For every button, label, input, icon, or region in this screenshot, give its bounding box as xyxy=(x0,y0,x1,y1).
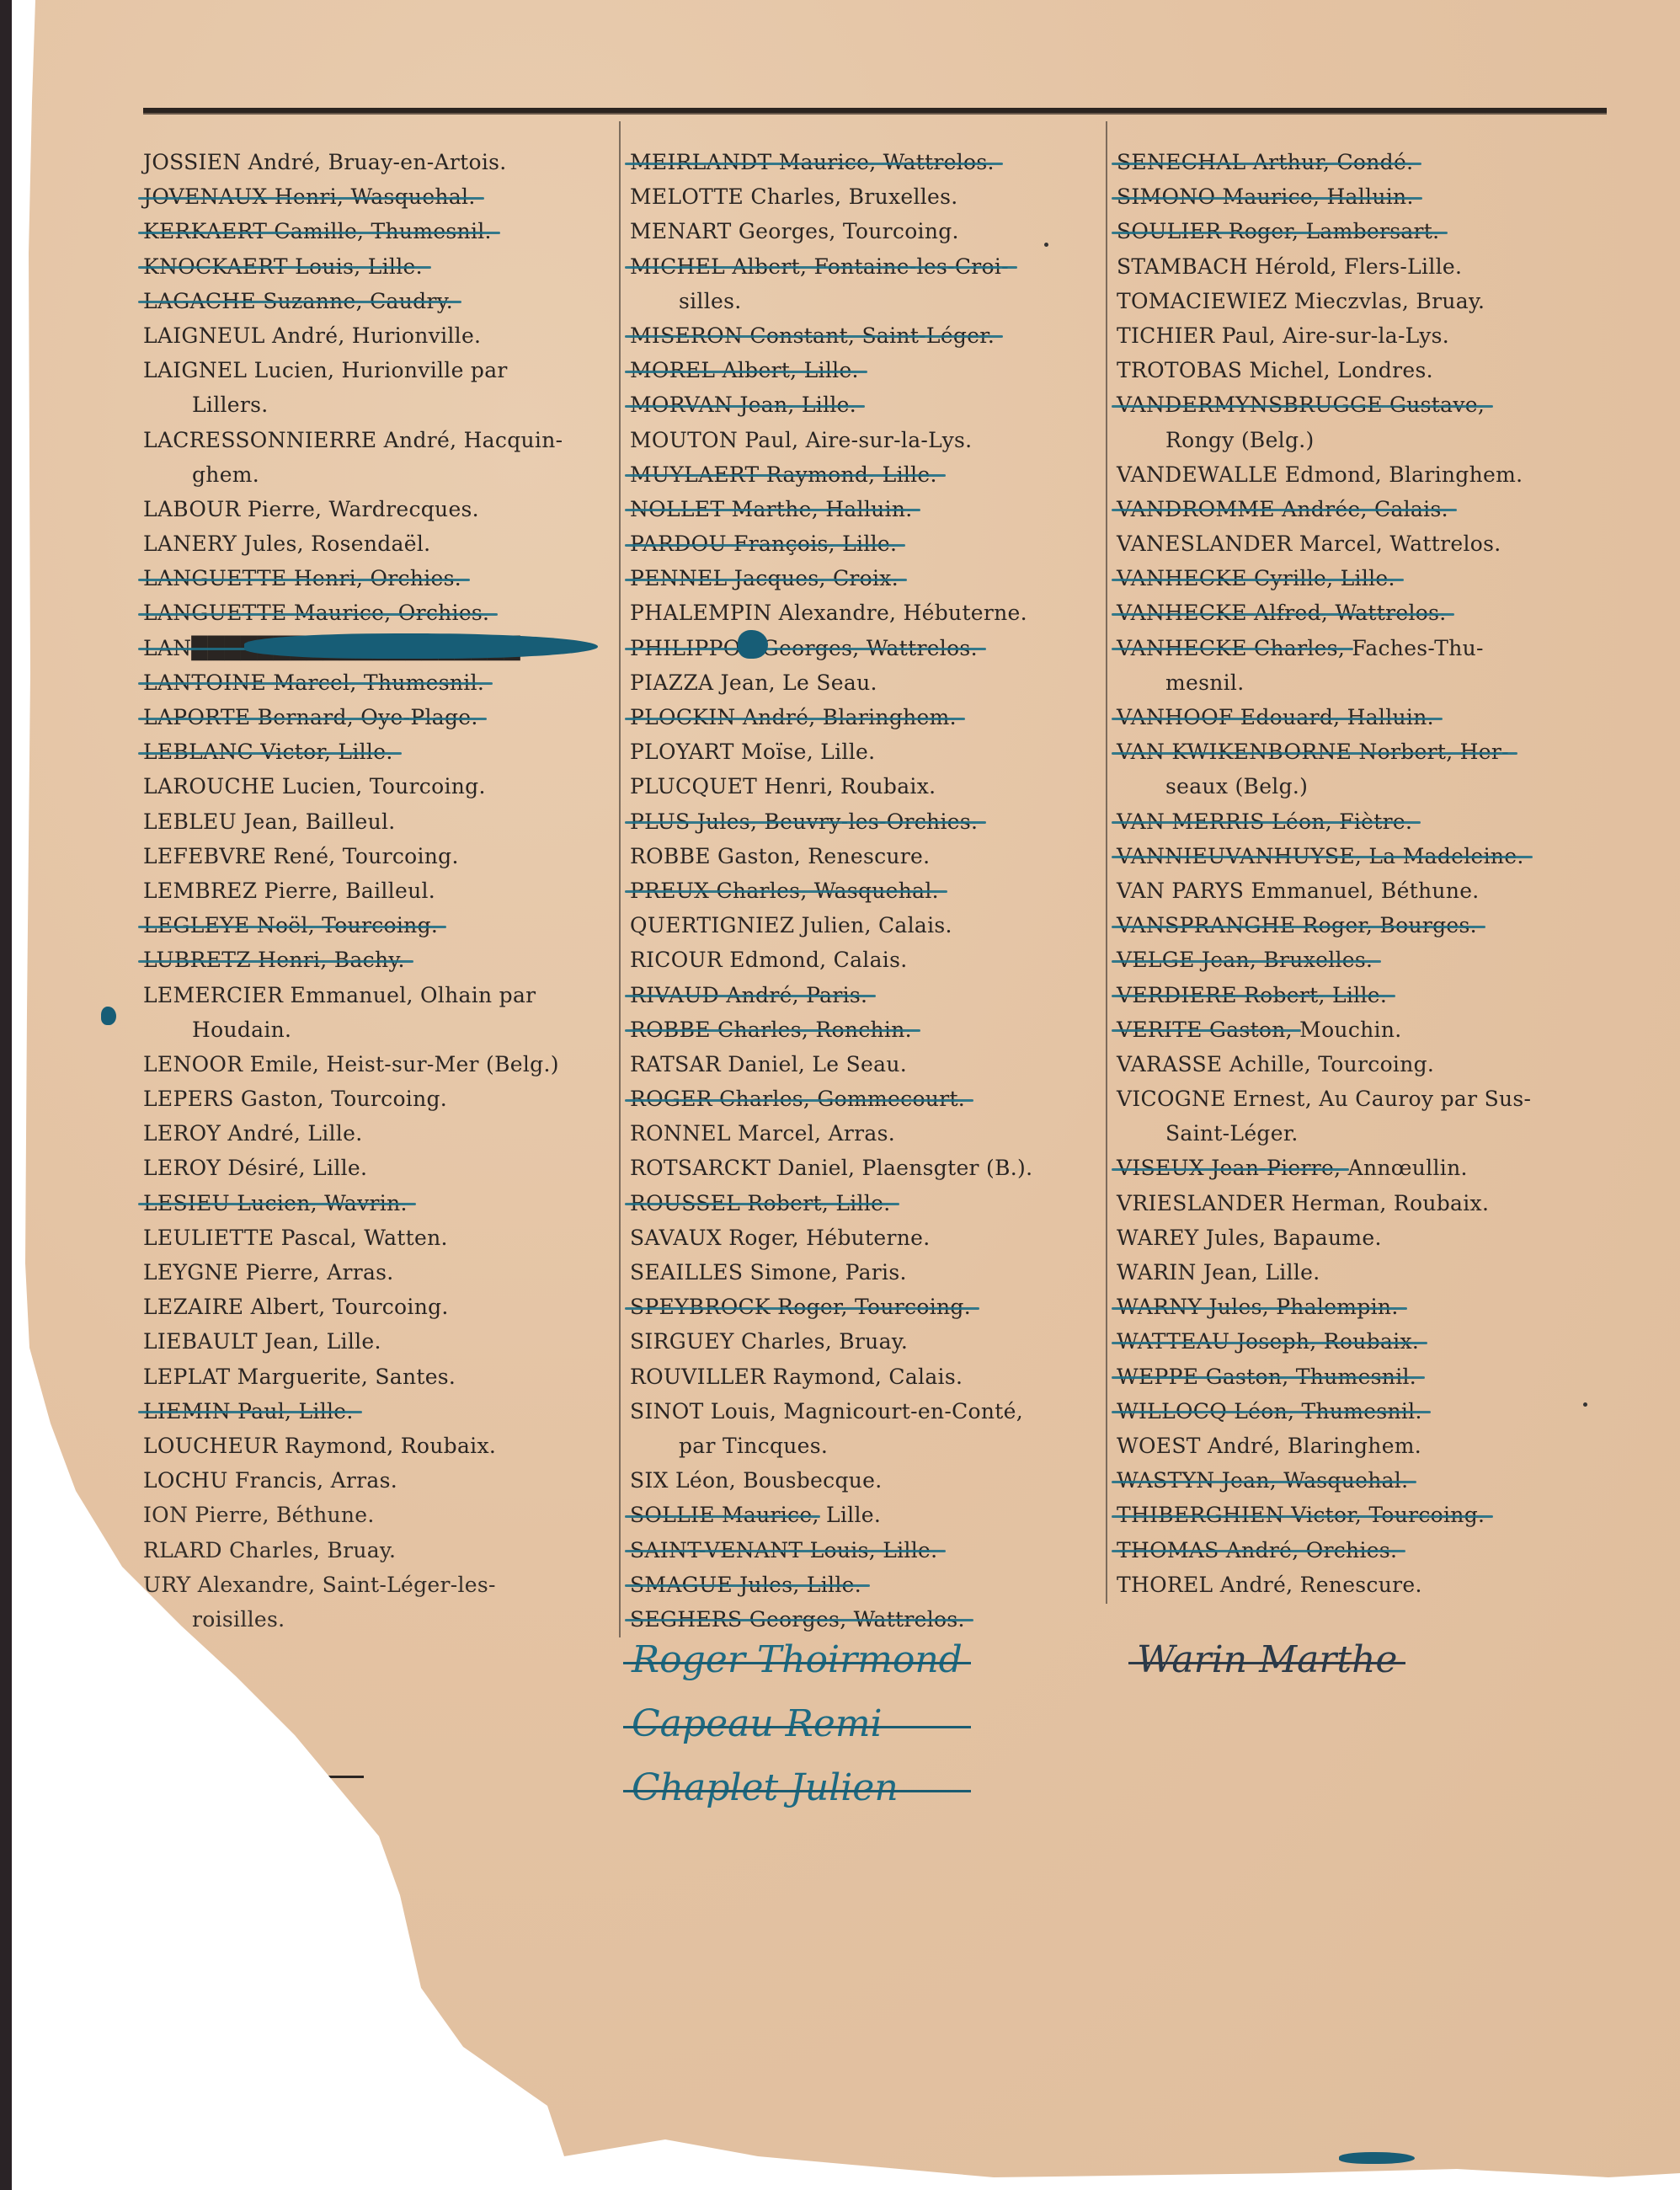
list-item: PLUS Jules, Beuvry-les-Orchies. xyxy=(630,804,1101,839)
entry-remainder: Faches-Thu- xyxy=(1345,636,1484,660)
struck-name: VANNIEUVANHUYSE, La Madeleine. xyxy=(1117,844,1524,868)
entry-text: Lillers. xyxy=(192,393,269,417)
list-item: RLARD Charles, Bruay. xyxy=(143,1533,615,1568)
entry-text: RICOUR Edmond, Calais. xyxy=(630,948,907,972)
list-item: MISERON Constant, Saint-Léger. xyxy=(630,318,1101,353)
list-item: LEYGNE Pierre, Arras. xyxy=(143,1255,615,1290)
entry-text: ION Pierre, Béthune. xyxy=(143,1503,375,1527)
list-item: URY Alexandre, Saint-Léger-les- xyxy=(143,1568,615,1602)
struck-name: PENNEL Jacques, Croix. xyxy=(630,566,899,590)
struck-name: WARNY Jules, Phalempin. xyxy=(1117,1295,1399,1319)
entry-text: TOMACIEWIEZ Mieczvlas, Bruay. xyxy=(1117,289,1485,313)
struck-name: KERKAERT Camille, Thumesnil. xyxy=(143,219,492,243)
speck xyxy=(1044,243,1048,247)
list-item: VISEUX Jean-Pierre, Annœullin. xyxy=(1117,1151,1639,1185)
list-item: VERDIERE Robert, Lille. xyxy=(1117,978,1639,1012)
entry-text: VANDEWALLE Edmond, Blaringhem. xyxy=(1117,462,1523,487)
struck-name: RIVAUD André, Paris. xyxy=(630,983,867,1007)
entry-text: MELOTTE Charles, Bruxelles. xyxy=(630,184,958,209)
list-item: VANHECKE Cyrille, Lille. xyxy=(1117,561,1639,596)
entry-text: LEMERCIER Emmanuel, Olhain par xyxy=(143,983,536,1007)
list-item: LOCHU Francis, Arras. xyxy=(143,1463,615,1498)
entry-text: TICHIER Paul, Aire-sur-la-Lys. xyxy=(1117,323,1449,348)
list-item: SAVAUX Roger, Hébuterne. xyxy=(630,1221,1101,1255)
stray-mark xyxy=(303,1776,364,1778)
entry-text: PLUCQUET Henri, Roubaix. xyxy=(630,774,936,799)
list-item: LAIGNEL Lucien, Hurionville par xyxy=(143,353,615,387)
list-item: VANDERMYNSBRUGGE Gustave, xyxy=(1117,387,1639,422)
struck-name: PREUX Charles, Wasquehal. xyxy=(630,879,939,903)
struck-name: LESIEU Lucien, Wavrin. xyxy=(143,1191,408,1215)
list-item: SOULIER Roger, Lambersart. xyxy=(1117,214,1639,248)
entry-text: THOREL André, Renescure. xyxy=(1117,1573,1422,1597)
entry-text: LEYGNE Pierre, Arras. xyxy=(143,1260,394,1285)
entry-text: WAREY Jules, Bapaume. xyxy=(1117,1226,1382,1250)
struck-name: ROGER Charles, Gommecourt. xyxy=(630,1087,965,1111)
list-item: LABOUR Pierre, Wardrecques. xyxy=(143,492,615,526)
list-item: RICOUR Edmond, Calais. xyxy=(630,943,1101,977)
struck-name: SOLLIE Maurice xyxy=(630,1503,812,1527)
entry-text: SIX Léon, Bousbecque. xyxy=(630,1468,883,1493)
struck-name: MUYLAERT Raymond, Lille. xyxy=(630,462,937,487)
list-item: RATSAR Daniel, Le Seau. xyxy=(630,1047,1101,1082)
list-item: ROTSARCKT Daniel, Plaensgter (B.). xyxy=(630,1151,1101,1185)
struck-name: LANGUETTE Henri, Orchies. xyxy=(143,566,461,590)
names-column-3: SENECHAL Arthur, Condé.SIMONO Maurice, H… xyxy=(1117,145,1639,1602)
struck-name: LAPORTE Bernard, Oye-Plage. xyxy=(143,705,478,729)
list-item: SOLLIE Maurice, Lille. xyxy=(630,1498,1101,1532)
struck-name: SOULIER Roger, Lambersart. xyxy=(1117,219,1439,243)
list-item: LEZAIRE Albert, Tourcoing. xyxy=(143,1290,615,1324)
list-item: PREUX Charles, Wasquehal. xyxy=(630,873,1101,908)
entry-text: seaux (Belg.) xyxy=(1165,774,1308,799)
list-item-continuation: seaux (Belg.) xyxy=(1117,769,1639,804)
entry-text: VARASSE Achille, Tourcoing. xyxy=(1117,1052,1434,1076)
struck-name: WASTYN Jean, Wasquehal. xyxy=(1117,1468,1408,1493)
entry-text: Saint-Léger. xyxy=(1165,1121,1299,1146)
struck-name: SAINT-VENANT Louis, Lille. xyxy=(630,1538,937,1562)
entry-text: RONNEL Marcel, Arras. xyxy=(630,1121,895,1146)
entry-text: LEROY Désiré, Lille. xyxy=(143,1156,367,1180)
list-item: KERKAERT Camille, Thumesnil. xyxy=(143,214,615,248)
struck-name: VAN KWIKENBORNE Norbert, Her- xyxy=(1117,740,1509,764)
list-item: LEROY André, Lille. xyxy=(143,1116,615,1151)
column-divider-1 xyxy=(619,121,621,1637)
list-item-continuation: par Tincques. xyxy=(630,1429,1101,1463)
struck-name: VANHOOF Edouard, Halluin. xyxy=(1117,705,1434,729)
document-page: JOSSIEN André, Bruay-en-Artois.JOVENAUX … xyxy=(25,0,1680,2190)
list-item: LAIGNEUL André, Hurionville. xyxy=(143,318,615,353)
list-item: TOMACIEWIEZ Mieczvlas, Bruay. xyxy=(1117,284,1639,318)
list-item: LANTOINE Marcel, Thumesnil. xyxy=(143,665,615,700)
list-item: ROUSSEL Robert, Lille. xyxy=(630,1186,1101,1221)
entry-text: Houdain. xyxy=(192,1018,291,1042)
struck-name: LEBLANC Victor, Lille. xyxy=(143,740,393,764)
struck-name: VERITE Gaston, xyxy=(1117,1018,1293,1042)
struck-name: VANHECKE Cyrille, Lille. xyxy=(1117,566,1395,590)
list-item: WARNY Jules, Phalempin. xyxy=(1117,1290,1639,1324)
entry-text: TROTOBAS Michel, Londres. xyxy=(1117,358,1433,382)
list-item: LAPORTE Bernard, Oye-Plage. xyxy=(143,700,615,734)
list-item: WATTEAU Joseph, Roubaix. xyxy=(1117,1324,1639,1359)
list-item: ROBBE Charles, Ronchin. xyxy=(630,1012,1101,1047)
struck-name: MISERON Constant, Saint-Léger. xyxy=(630,323,995,348)
struck-name: VANDROMME Andrée, Calais. xyxy=(1117,497,1448,521)
list-item: VAN MERRIS Léon, Fiètre. xyxy=(1117,804,1639,839)
entry-text: Rongy (Belg.) xyxy=(1165,428,1315,452)
list-item: VARASSE Achille, Tourcoing. xyxy=(1117,1047,1639,1082)
list-item: SEGHERS Georges, Wattrelos. xyxy=(630,1602,1101,1637)
handwritten-notes-column-2: Roger Thoirmond Capeau Remi Chaplet Juli… xyxy=(632,1638,963,1830)
struck-name: VANHECKE Alfred, Wattrelos. xyxy=(1117,601,1446,625)
list-item: LEROY Désiré, Lille. xyxy=(143,1151,615,1185)
list-item: SIX Léon, Bousbecque. xyxy=(630,1463,1101,1498)
entry-text: STAMBACH Hérold, Flers-Lille. xyxy=(1117,254,1462,279)
names-column-1: JOSSIEN André, Bruay-en-Artois.JOVENAUX … xyxy=(143,145,615,1637)
entry-text: SAVAUX Roger, Hébuterne. xyxy=(630,1226,930,1250)
entry-text: PHALEMPIN Alexandre, Hébuterne. xyxy=(630,601,1027,625)
list-item: LIEMIN Paul, Lille. xyxy=(143,1394,615,1429)
list-item: ROUVILLER Raymond, Calais. xyxy=(630,1359,1101,1394)
list-item: MUYLAERT Raymond, Lille. xyxy=(630,457,1101,492)
list-item: LEFEBVRE René, Tourcoing. xyxy=(143,839,615,873)
entry-text: PIAZZA Jean, Le Seau. xyxy=(630,670,877,695)
list-item: VANSPRANGHE Roger, Bourges. xyxy=(1117,908,1639,943)
list-item: PLUCQUET Henri, Roubaix. xyxy=(630,769,1101,804)
list-item-continuation: ghem. xyxy=(143,457,615,492)
list-item: PARDOU François, Lille. xyxy=(630,526,1101,561)
struck-name: VANDERMYNSBRUGGE Gustave, xyxy=(1117,393,1485,417)
struck-name: WILLOCQ Léon, Thumesnil. xyxy=(1117,1399,1422,1423)
struck-name: THOMAS André, Orchies. xyxy=(1117,1538,1397,1562)
list-item: ROGER Charles, Gommecourt. xyxy=(630,1082,1101,1116)
entry-text: LEBLEU Jean, Bailleul. xyxy=(143,809,396,834)
entry-text: SIRGUEY Charles, Bruay. xyxy=(630,1329,908,1354)
list-item: RONNEL Marcel, Arras. xyxy=(630,1116,1101,1151)
list-item: WARIN Jean, Lille. xyxy=(1117,1255,1639,1290)
list-item: SAINT-VENANT Louis, Lille. xyxy=(630,1533,1101,1568)
entry-text: LAROUCHE Lucien, Tourcoing. xyxy=(143,774,486,799)
list-item-continuation: Saint-Léger. xyxy=(1117,1116,1639,1151)
list-item-continuation: roisilles. xyxy=(143,1602,615,1637)
entry-text: silles. xyxy=(679,289,742,313)
list-item: PLOYART Moïse, Lille. xyxy=(630,734,1101,769)
list-item: LANGUETTE Maurice, Orchies. xyxy=(143,596,615,630)
list-item: SIRGUEY Charles, Bruay. xyxy=(630,1324,1101,1359)
list-item: THOMAS André, Orchies. xyxy=(1117,1533,1639,1568)
list-item: JOSSIEN André, Bruay-en-Artois. xyxy=(143,145,615,179)
entry-text: mesnil. xyxy=(1165,670,1244,695)
struck-name: SMAGUE Jules, Lille. xyxy=(630,1573,861,1597)
struck-name: LIEMIN Paul, Lille. xyxy=(143,1399,354,1423)
entry-text: SEAILLES Simone, Paris. xyxy=(630,1260,907,1285)
entry-text: ROUVILLER Raymond, Calais. xyxy=(630,1365,963,1389)
list-item-continuation: Rongy (Belg.) xyxy=(1117,423,1639,457)
list-item: LIEBAULT Jean, Lille. xyxy=(143,1324,615,1359)
entry-text: LANERY Jules, Rosendaël. xyxy=(143,531,430,556)
struck-name: LAGACHE Suzanne, Caudry. xyxy=(143,289,453,313)
struck-name: MICHEL Albert, Fontaine-les-Croi- xyxy=(630,254,1009,279)
scan-border xyxy=(0,0,12,2190)
struck-name: LANTOINE Marcel, Thumesnil. xyxy=(143,670,484,695)
list-item: STAMBACH Hérold, Flers-Lille. xyxy=(1117,249,1639,284)
struck-name: MORVAN Jean, Lille. xyxy=(630,393,856,417)
entry-text: LABOUR Pierre, Wardrecques. xyxy=(143,497,479,521)
entry-text: LEMBREZ Pierre, Bailleul. xyxy=(143,879,435,903)
list-item: VRIESLANDER Herman, Roubaix. xyxy=(1117,1186,1639,1221)
entry-text: WOEST André, Blaringhem. xyxy=(1117,1434,1421,1458)
list-item: JOVENAUX Henri, Wasquehal. xyxy=(143,179,615,214)
struck-name: LANGUETTE Maurice, Orchies. xyxy=(143,601,489,625)
list-item: MOREL Albert, Lille. xyxy=(630,353,1101,387)
entry-text: ghem. xyxy=(192,462,259,487)
list-item-continuation: silles. xyxy=(630,284,1101,318)
struck-name: VELGE Jean, Bruxelles. xyxy=(1117,948,1373,972)
struck-name: PLOCKIN André, Blaringhem. xyxy=(630,705,957,729)
names-column-2: MEIRLANDT Maurice, Wattrelos.MELOTTE Cha… xyxy=(630,145,1101,1637)
speck xyxy=(1583,1402,1587,1407)
list-item: VANNIEUVANHUYSE, La Madeleine. xyxy=(1117,839,1639,873)
ink-mark xyxy=(1339,2152,1415,2164)
list-item: LUBRETZ Henri, Bachy. xyxy=(143,943,615,977)
list-item: RIVAUD André, Paris. xyxy=(630,978,1101,1012)
list-item: MENART Georges, Tourcoing. xyxy=(630,214,1101,248)
list-item: KNOCKAERT Louis, Lille. xyxy=(143,249,615,284)
list-item: WASTYN Jean, Wasquehal. xyxy=(1117,1463,1639,1498)
ink-blot xyxy=(738,630,768,659)
struck-name: VAN MERRIS Léon, Fiètre. xyxy=(1117,809,1412,834)
entry-text: ROTSARCKT Daniel, Plaensgter (B.). xyxy=(630,1156,1032,1180)
list-item: SENECHAL Arthur, Condé. xyxy=(1117,145,1639,179)
entry-text: SINOT Louis, Magnicourt-en-Conté, xyxy=(630,1399,1023,1423)
list-item: LEPLAT Marguerite, Santes. xyxy=(143,1359,615,1394)
list-item: VANHECKE Alfred, Wattrelos. xyxy=(1117,596,1639,630)
ink-mark xyxy=(101,1007,116,1025)
entry-text: RLARD Charles, Bruay. xyxy=(143,1538,396,1562)
entry-text: LEZAIRE Albert, Tourcoing. xyxy=(143,1295,449,1319)
list-item: VELGE Jean, Bruxelles. xyxy=(1117,943,1639,977)
list-item: ION Pierre, Béthune. xyxy=(143,1498,615,1532)
list-item: NOLLET Marthe, Halluin. xyxy=(630,492,1101,526)
struck-name: WEPPE Gaston, Thumesnil. xyxy=(1117,1365,1416,1389)
entry-text: LIEBAULT Jean, Lille. xyxy=(143,1329,381,1354)
list-item: VANDROMME Andrée, Calais. xyxy=(1117,492,1639,526)
list-item-continuation: Lillers. xyxy=(143,387,615,422)
struck-name: VERDIERE Robert, Lille. xyxy=(1117,983,1387,1007)
list-item: LEBLEU Jean, Bailleul. xyxy=(143,804,615,839)
handwritten-note: Capeau Remi xyxy=(632,1702,963,1766)
struck-name: PARDOU François, Lille. xyxy=(630,531,897,556)
struck-name: MEIRLANDT Maurice, Wattrelos. xyxy=(630,150,995,174)
struck-name: ROBBE Charles, Ronchin. xyxy=(630,1018,912,1042)
list-item: VANDEWALLE Edmond, Blaringhem. xyxy=(1117,457,1639,492)
entry-text: PLOYART Moïse, Lille. xyxy=(630,740,875,764)
entry-text: WARIN Jean, Lille. xyxy=(1117,1260,1320,1285)
struck-name: SEGHERS Georges, Wattrelos. xyxy=(630,1607,965,1632)
list-item: LESIEU Lucien, Wavrin. xyxy=(143,1186,615,1221)
entry-text: par Tincques. xyxy=(679,1434,828,1458)
struck-name: VISEUX Jean-Pierre, xyxy=(1117,1156,1341,1180)
entry-text: RATSAR Daniel, Le Seau. xyxy=(630,1052,907,1076)
entry-text: LEPLAT Marguerite, Santes. xyxy=(143,1365,456,1389)
list-item: LEGLEYE Noël, Tourcoing. xyxy=(143,908,615,943)
entry-text: QUERTIGNIEZ Julien, Calais. xyxy=(630,913,952,937)
list-item: VANHECKE Charles, Faches-Thu- xyxy=(1117,631,1639,665)
list-item: WEPPE Gaston, Thumesnil. xyxy=(1117,1359,1639,1394)
list-item: LANGUETTE Henri, Orchies. xyxy=(143,561,615,596)
list-item: LEULIETTE Pascal, Watten. xyxy=(143,1221,615,1255)
struck-name: LEGLEYE Noël, Tourcoing. xyxy=(143,913,438,937)
list-item: MELOTTE Charles, Bruxelles. xyxy=(630,179,1101,214)
entry-text: MENART Georges, Tourcoing. xyxy=(630,219,959,243)
entry-text: VAN PARYS Emmanuel, Béthune. xyxy=(1117,879,1480,903)
struck-name: SPEYBROCK Roger, Tourcoing. xyxy=(630,1295,971,1319)
list-item: LACRESSONNIERRE André, Hacquin- xyxy=(143,423,615,457)
list-item: MORVAN Jean, Lille. xyxy=(630,387,1101,422)
struck-name: NOLLET Marthe, Halluin. xyxy=(630,497,912,521)
list-item: TICHIER Paul, Aire-sur-la-Lys. xyxy=(1117,318,1639,353)
struck-name: PHILIPPOT Georges, Wattrelos. xyxy=(630,636,978,660)
list-item: VAN PARYS Emmanuel, Béthune. xyxy=(1117,873,1639,908)
list-item: VERITE Gaston, Mouchin. xyxy=(1117,1012,1639,1047)
entry-text: LEROY André, Lille. xyxy=(143,1121,362,1146)
list-item: LEBLANC Victor, Lille. xyxy=(143,734,615,769)
list-item: PHALEMPIN Alexandre, Hébuterne. xyxy=(630,596,1101,630)
entry-text: VICOGNE Ernest, Au Cauroy par Sus- xyxy=(1117,1087,1531,1111)
entry-text: roisilles. xyxy=(192,1607,285,1632)
list-item: LANERY Jules, Rosendaël. xyxy=(143,526,615,561)
struck-name: VANHECKE Charles, xyxy=(1117,636,1345,660)
list-item: VAN KWIKENBORNE Norbert, Her- xyxy=(1117,734,1639,769)
top-rule xyxy=(143,108,1607,115)
list-item: LEMBREZ Pierre, Bailleul. xyxy=(143,873,615,908)
struck-name: VANSPRANGHE Roger, Bourges. xyxy=(1117,913,1477,937)
struck-name: KNOCKAERT Louis, Lille. xyxy=(143,254,423,279)
list-item: QUERTIGNIEZ Julien, Calais. xyxy=(630,908,1101,943)
entry-text: LACRESSONNIERRE André, Hacquin- xyxy=(143,428,563,452)
entry-text: LEFEBVRE René, Tourcoing. xyxy=(143,844,459,868)
list-item: ROBBE Gaston, Renescure. xyxy=(630,839,1101,873)
entry-text: LOCHU Francis, Arras. xyxy=(143,1468,397,1493)
column-divider-2 xyxy=(1106,121,1107,1604)
list-item: MOUTON Paul, Aire-sur-la-Lys. xyxy=(630,423,1101,457)
struck-name: JOVENAUX Henri, Wasquehal. xyxy=(143,184,476,209)
entry-text: LEULIETTE Pascal, Watten. xyxy=(143,1226,448,1250)
list-item: PIAZZA Jean, Le Seau. xyxy=(630,665,1101,700)
list-item: SIMONO Maurice, Halluin. xyxy=(1117,179,1639,214)
entry-remainder: Annœullin. xyxy=(1341,1156,1467,1180)
list-item: MICHEL Albert, Fontaine-les-Croi- xyxy=(630,249,1101,284)
struck-name: ROUSSEL Robert, Lille. xyxy=(630,1191,891,1215)
list-item-continuation: mesnil. xyxy=(1117,665,1639,700)
list-item: THIBERGHIEN Victor, Tourcoing. xyxy=(1117,1498,1639,1532)
list-item: VANESLANDER Marcel, Wattrelos. xyxy=(1117,526,1639,561)
entry-text: JOSSIEN André, Bruay-en-Artois. xyxy=(143,150,507,174)
entry-text: LEPERS Gaston, Tourcoing. xyxy=(143,1087,447,1111)
struck-name: MOREL Albert, Lille. xyxy=(630,358,859,382)
struck-name: PLUS Jules, Beuvry-les-Orchies. xyxy=(630,809,978,834)
entry-text: LAIGNEUL André, Hurionville. xyxy=(143,323,481,348)
list-item: LENOOR Emile, Heist-sur-Mer (Belg.) xyxy=(143,1047,615,1082)
struck-name: THIBERGHIEN Victor, Tourcoing. xyxy=(1117,1503,1485,1527)
list-item: SMAGUE Jules, Lille. xyxy=(630,1568,1101,1602)
list-item: VANHOOF Edouard, Halluin. xyxy=(1117,700,1639,734)
entry-text: ROBBE Gaston, Renescure. xyxy=(630,844,930,868)
list-item-continuation: Houdain. xyxy=(143,1012,615,1047)
list-item: LEPERS Gaston, Tourcoing. xyxy=(143,1082,615,1116)
list-item: WAREY Jules, Bapaume. xyxy=(1117,1221,1639,1255)
entry-remainder: , Lille. xyxy=(812,1503,881,1527)
list-item: WILLOCQ Léon, Thumesnil. xyxy=(1117,1394,1639,1429)
entry-text: LENOOR Emile, Heist-sur-Mer (Belg.) xyxy=(143,1052,559,1076)
entry-text: LOUCHEUR Raymond, Roubaix. xyxy=(143,1434,496,1458)
list-item: PENNEL Jacques, Croix. xyxy=(630,561,1101,596)
list-item: LAROUCHE Lucien, Tourcoing. xyxy=(143,769,615,804)
handwritten-notes-column-3: Warin Marthe xyxy=(1137,1638,1397,1702)
list-item: TROTOBAS Michel, Londres. xyxy=(1117,353,1639,387)
list-item: PLOCKIN André, Blaringhem. xyxy=(630,700,1101,734)
list-item: SEAILLES Simone, Paris. xyxy=(630,1255,1101,1290)
list-item: MEIRLANDT Maurice, Wattrelos. xyxy=(630,145,1101,179)
entry-text: LAIGNEL Lucien, Hurionville par xyxy=(143,358,508,382)
entry-text: URY Alexandre, Saint-Léger-les- xyxy=(143,1573,496,1597)
struck-name: WATTEAU Joseph, Roubaix. xyxy=(1117,1329,1419,1354)
list-item: SPEYBROCK Roger, Tourcoing. xyxy=(630,1290,1101,1324)
struck-name: SENECHAL Arthur, Condé. xyxy=(1117,150,1413,174)
list-item: WOEST André, Blaringhem. xyxy=(1117,1429,1639,1463)
list-item: THOREL André, Renescure. xyxy=(1117,1568,1639,1602)
entry-remainder: Mouchin. xyxy=(1293,1018,1402,1042)
struck-name: LUBRETZ Henri, Bachy. xyxy=(143,948,405,972)
struck-name: SIMONO Maurice, Halluin. xyxy=(1117,184,1414,209)
entry-text: VRIESLANDER Herman, Roubaix. xyxy=(1117,1191,1489,1215)
list-item: SINOT Louis, Magnicourt-en-Conté, xyxy=(630,1394,1101,1429)
list-item: LEMERCIER Emmanuel, Olhain par xyxy=(143,978,615,1012)
list-item: LAGACHE Suzanne, Caudry. xyxy=(143,284,615,318)
entry-text: MOUTON Paul, Aire-sur-la-Lys. xyxy=(630,428,972,452)
handwritten-note: Warin Marthe xyxy=(1137,1638,1397,1702)
list-item: LOUCHEUR Raymond, Roubaix. xyxy=(143,1429,615,1463)
list-item: VICOGNE Ernest, Au Cauroy par Sus- xyxy=(1117,1082,1639,1116)
entry-text: VANESLANDER Marcel, Wattrelos. xyxy=(1117,531,1501,556)
handwritten-note: Roger Thoirmond xyxy=(632,1638,963,1702)
handwritten-note: Chaplet Julien xyxy=(632,1766,963,1830)
ink-blot xyxy=(244,633,598,659)
list-item: PHILIPPOT Georges, Wattrelos. xyxy=(630,631,1101,665)
